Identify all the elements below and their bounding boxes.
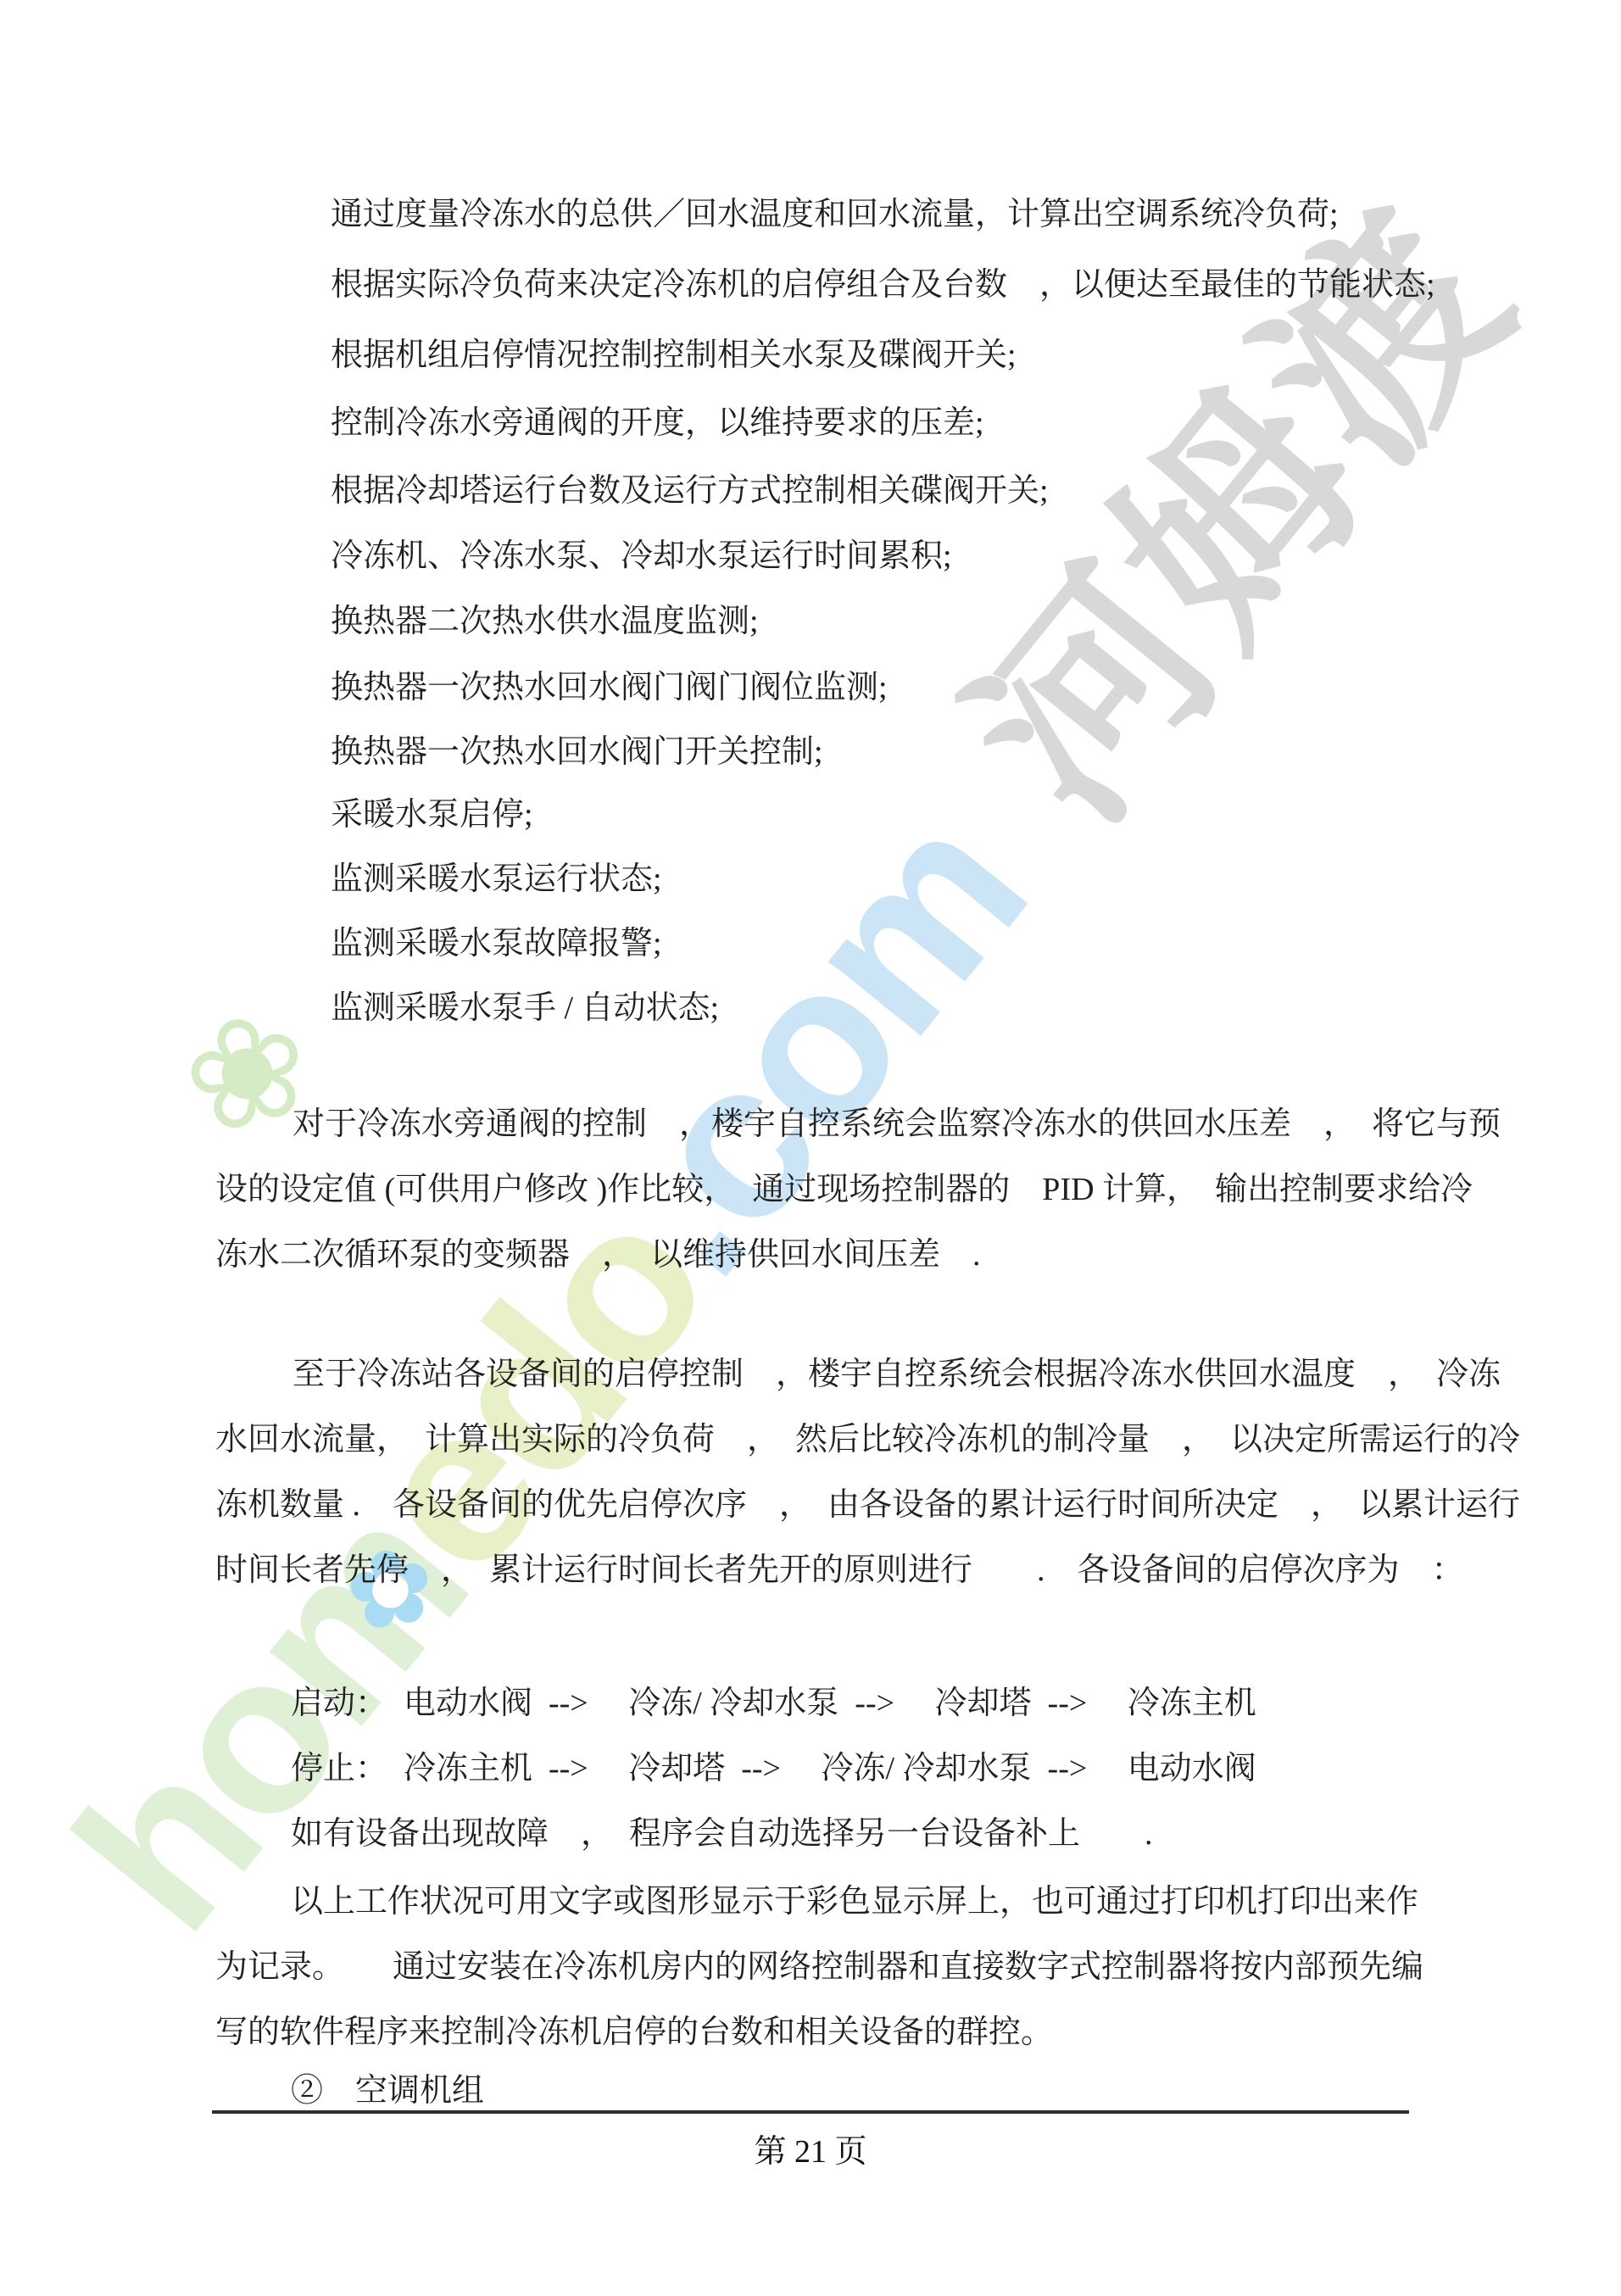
text-line: 根据实际冷负荷来决定冷冻机的启停组合及台数 ，以便达至最佳的节能状态; (331, 267, 1435, 304)
text-line: 冷冻机、冷冻水泵、冷却水泵运行时间累积; (331, 538, 952, 576)
text-line: 换热器二次热水供水温度监测; (331, 604, 759, 641)
text-line: 监测采暖水泵运行状态; (331, 861, 662, 899)
text-line: 为记录。 通过安装在冷冻机房内的网络控制器和直接数字式控制器将按内部预先编 (215, 1949, 1423, 1987)
text-line: 控制冷冻水旁通阀的开度，以维持要求的压差; (331, 405, 984, 443)
text-line: 以上工作状况可用文字或图形显示于彩色显示屏上，也可通过打印机打印出来作 (291, 1884, 1418, 1921)
text-line: 水回水流量， 计算出实际的冷负荷 ， 然后比较冷冻机的制冷量 ， 以决定所需运行… (215, 1422, 1520, 1459)
text-line: 监测采暖水泵手 / 自动状态; (331, 990, 719, 1028)
text-line: 设的设定值 (可供用户修改 )作比较， 通过现场控制器的 PID 计算， 输出控… (215, 1172, 1473, 1209)
footer-rule (212, 2110, 1409, 2114)
page-number: 第 21 页 (0, 2125, 1621, 2171)
text-line: 至于冷冻站各设备间的启停控制 ，楼宇自控系统会根据冷冻水供回水温度 ， 冷冻 (292, 1357, 1501, 1394)
document-page: homedo.com 河姆渡 ❀ ✿ 通过度量冷冻水的总供／回水温度和回水流量，… (0, 0, 1621, 2296)
text-line: 写的软件程序来控制冷冻机启停的台数和相关设备的群控。 (215, 2015, 1053, 2052)
text-line: 根据冷却塔运行台数及运行方式控制相关碟阀开关; (331, 473, 1049, 510)
text-line: 冻机数量 . 各设备间的优先启停次序 ， 由各设备的累计运行时间所决定 ， 以累… (215, 1487, 1520, 1524)
text-line: 通过度量冷冻水的总供／回水温度和回水流量，计算出空调系统冷负荷; (331, 197, 1339, 234)
text-line: 启动： 电动水阀 --> 冷冻/ 冷却水泵 --> 冷却塔 --> 冷冻主机 (291, 1686, 1256, 1723)
text-layer: 通过度量冷冻水的总供／回水温度和回水流量，计算出空调系统冷负荷;根据实际冷负荷来… (0, 0, 1621, 2296)
text-line: ② 空调机组 (291, 2073, 484, 2110)
text-line: 换热器一次热水回水阀门阀门阀位监测; (331, 670, 888, 707)
text-line: 冻水二次循环泵的变频器 ， 以维持供回水间压差 . (215, 1237, 981, 1274)
text-line: 换热器一次热水回水阀门开关控制; (331, 734, 823, 772)
text-line: 时间长者先停 ， 累计运行时间长者先开的原则进行 . 各设备间的启停次序为 ： (215, 1552, 1464, 1590)
text-line: 根据机组启停情况控制控制相关水泵及碟阀开关; (331, 337, 1017, 375)
text-line: 监测采暖水泵故障报警; (331, 926, 662, 963)
text-line: 对于冷冻水旁通阀的控制 ，楼宇自控系统会监察冷冻水的供回水压差 ， 将它与预 (292, 1106, 1501, 1144)
text-line: 停止： 冷冻主机 --> 冷却塔 --> 冷冻/ 冷却水泵 --> 电动水阀 (291, 1751, 1256, 1788)
text-line: 如有设备出现故障 ， 程序会自动选择另一台设备补上 . (291, 1816, 1153, 1853)
text-line: 采暖水泵启停; (331, 797, 533, 834)
